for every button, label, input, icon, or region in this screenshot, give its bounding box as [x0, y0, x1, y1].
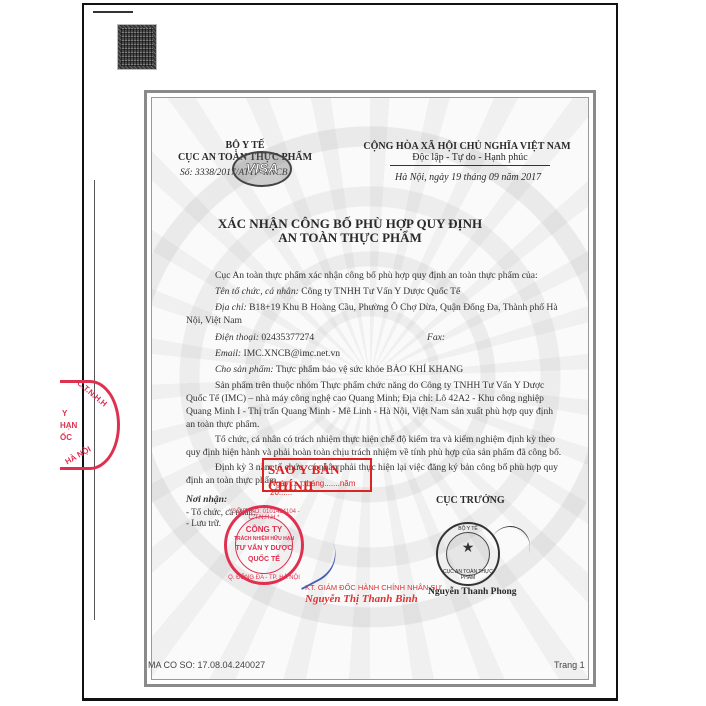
- qr-pattern: [121, 28, 153, 66]
- seal-ring-text: BỘ Y TẾ: [438, 526, 498, 532]
- paragraph-1-line: an toàn thực phẩm.: [186, 419, 259, 431]
- signer-name: Nguyễn Thị Thanh Bình: [305, 593, 418, 605]
- seal-ring-text: * SỐ ĐKKD: 0101424104 - C.T.N.H.H *: [227, 509, 301, 521]
- visa-emblem: VISA: [232, 151, 292, 187]
- paragraph-1-line: Sản phẩm trên thuộc nhóm Thực phẩm chức …: [215, 380, 544, 392]
- email-label: Email:: [215, 348, 241, 359]
- paragraph-1-line: Quang Minh I - Thị trấn Quang Minh - Mê …: [186, 406, 553, 418]
- product-label: Cho sản phẩm:: [215, 364, 274, 375]
- recipient-item: - Lưu trữ.: [186, 517, 221, 529]
- fax-label: Fax:: [427, 332, 445, 344]
- seal-line: TRÁCH NHIỆM HỮU HẠN: [227, 536, 301, 542]
- address-line: Địa chỉ: B18+19 Khu B Hoàng Cầu, Phường …: [215, 302, 558, 314]
- address-value: B18+19 Khu B Hoàng Cầu, Phường Ô Chợ Dừa…: [247, 302, 558, 313]
- facility-code: MA CO SO: 17.08.04.240027: [148, 659, 265, 671]
- signatory-title: CỤC TRƯỞNG: [436, 495, 505, 507]
- org-line: Tên tổ chức, cá nhân: Công ty TNHH Tư Vấ…: [215, 286, 460, 298]
- seal-ring-text: CỤC AN TOÀN THỰC PHẨM: [438, 569, 498, 581]
- seal-text: ỐC: [60, 433, 72, 442]
- address-label: Địa chỉ:: [215, 302, 247, 313]
- seal-ring-text: Q. ĐỐNG ĐA - TP. HÀ NỘI: [227, 575, 301, 581]
- ministry-name: BỘ Y TẾ: [170, 140, 320, 152]
- phone-label: Điện thoại:: [215, 332, 259, 343]
- seal-ring-text: HÀ NỘI: [64, 445, 93, 467]
- recipients-label: Nơi nhận:: [186, 494, 227, 506]
- product-value: Thực phẩm bảo vệ sức khỏe BẢO KHÍ KHANG: [274, 364, 464, 375]
- intro-text: Cục An toàn thực phẩm xác nhận công bố p…: [215, 270, 538, 282]
- seal-line: CÔNG TY: [227, 525, 301, 534]
- scan-artifact-line: [93, 11, 133, 13]
- phone-line: Điện thoại: 02435377274: [215, 332, 314, 344]
- page-number: Trang 1: [554, 659, 585, 671]
- seal-text: HẠN: [60, 421, 77, 430]
- org-value: Công ty TNHH Tư Vấn Y Dược Quốc Tế: [299, 286, 460, 297]
- signatory-name: Nguyễn Thanh Phong: [428, 586, 517, 598]
- national-motto: Độc lập - Tự do - Hạnh phúc: [390, 152, 550, 166]
- email-value: IMC.XNCB@imc.net.vn: [241, 348, 340, 359]
- phone-value: 02435377274: [259, 332, 314, 343]
- paragraph-1-line: Quốc Tế (IMC) – nhà máy công nghệ cao Qu…: [186, 393, 544, 405]
- document-title-line1: XÁC NHẬN CÔNG BỐ PHÙ HỢP QUY ĐỊNH: [200, 218, 500, 230]
- org-label: Tên tổ chức, cá nhân:: [215, 286, 299, 297]
- product-line: Cho sản phẩm: Thực phẩm bảo vệ sức khỏe …: [215, 364, 463, 376]
- seal-text: Y: [62, 409, 67, 418]
- address-continued: Nội, Việt Nam: [186, 315, 242, 327]
- qr-code: [117, 24, 157, 70]
- issue-date: Hà Nội, ngày 19 tháng 09 năm 2017: [395, 172, 541, 184]
- margin-seal-fragment: C.T.N.H.H Y HẠN ỐC HÀ NỘI: [60, 380, 120, 470]
- stamp-date-line: Ngày ......tháng.......năm 20......: [270, 479, 370, 497]
- certified-copy-stamp: SAO Y BẢN CHÍNH Ngày ......tháng.......n…: [262, 458, 372, 492]
- paragraph-2-line: quy định hiện hành và phải hoàn toàn chị…: [186, 447, 561, 459]
- visa-emblem-text: VISA: [234, 160, 290, 176]
- document-title-line2: AN TOÀN THỰC PHẨM: [200, 232, 500, 244]
- seal-line: TƯ VẤN Y DƯỢC: [227, 545, 301, 552]
- email-line: Email: IMC.XNCB@imc.net.vn: [215, 348, 340, 360]
- paragraph-2-line: Tổ chức, cá nhân có trách nhiệm thực hiệ…: [215, 434, 555, 446]
